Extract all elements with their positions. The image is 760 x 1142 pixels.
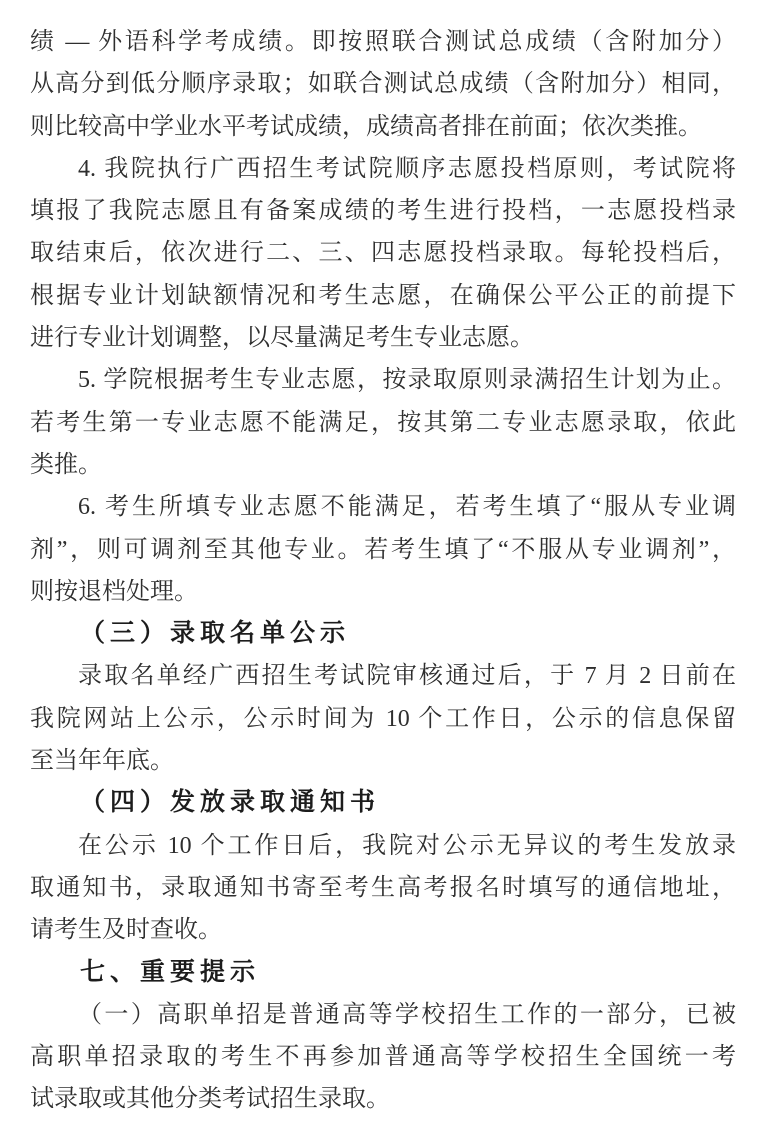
text-line: 至当年年底。 bbox=[30, 740, 736, 782]
text-line: 进行专业计划调整，以尽量满足考生专业志愿。 bbox=[30, 317, 736, 359]
text-line: 6. 考生所填专业志愿不能满足，若考生填了“服从专业调 bbox=[30, 486, 736, 528]
text-line: 5. 学院根据考生专业志愿，按录取原则录满招生计划为止。 bbox=[30, 359, 736, 401]
text-line: 请考生及时查收。 bbox=[30, 909, 736, 951]
text-line: 试录取或其他分类考试招生录取。 bbox=[30, 1078, 736, 1120]
text-line: 录取名单经广西招生考试院审核通过后，于 7 月 2 日前在 bbox=[30, 655, 736, 697]
text-line: 高职单招录取的考生不再参加普通高等学校招生全国统一考 bbox=[30, 1036, 736, 1078]
text-line: 根据专业计划缺额情况和考生志愿，在确保公平公正的前提下 bbox=[30, 275, 736, 317]
section-heading: （四）发放录取通知书 bbox=[30, 782, 736, 824]
text-line: 则比较高中学业水平考试成绩，成绩高者排在前面；依次类推。 bbox=[30, 106, 736, 148]
text-line: 我院网站上公示，公示时间为 10 个工作日，公示的信息保留 bbox=[30, 698, 736, 740]
text-line: 取通知书，录取通知书寄至考生高考报名时填写的通信地址， bbox=[30, 867, 736, 909]
text-line: 类推。 bbox=[30, 444, 736, 486]
section-heading: （三）录取名单公示 bbox=[30, 613, 736, 655]
text-line: 剂”，则可调剂至其他专业。若考生填了“不服从专业调剂”， bbox=[30, 529, 736, 571]
text-line: 从高分到低分顺序录取；如联合测试总成绩（含附加分）相同， bbox=[30, 63, 736, 105]
text-line: 在公示 10 个工作日后，我院对公示无异议的考生发放录 bbox=[30, 825, 736, 867]
section-heading: 七、重要提示 bbox=[30, 952, 736, 994]
document-content: 绩 — 外语科学考成绩。即按照联合测试总成绩（含附加分）从高分到低分顺序录取；如… bbox=[30, 21, 736, 1121]
text-line: 填报了我院志愿且有备案成绩的考生进行投档，一志愿投档录 bbox=[30, 190, 736, 232]
text-line: 若考生第一专业志愿不能满足，按其第二专业志愿录取，依此 bbox=[30, 402, 736, 444]
text-line: 取结束后，依次进行二、三、四志愿投档录取。每轮投档后， bbox=[30, 232, 736, 274]
text-line: 4. 我院执行广西招生考试院顺序志愿投档原则，考试院将 bbox=[30, 148, 736, 190]
text-line: 绩 — 外语科学考成绩。即按照联合测试总成绩（含附加分） bbox=[30, 21, 736, 63]
document-page: 绩 — 外语科学考成绩。即按照联合测试总成绩（含附加分）从高分到低分顺序录取；如… bbox=[0, 0, 760, 1142]
text-line: 则按退档处理。 bbox=[30, 571, 736, 613]
text-line: （一）高职单招是普通高等学校招生工作的一部分，已被 bbox=[30, 994, 736, 1036]
